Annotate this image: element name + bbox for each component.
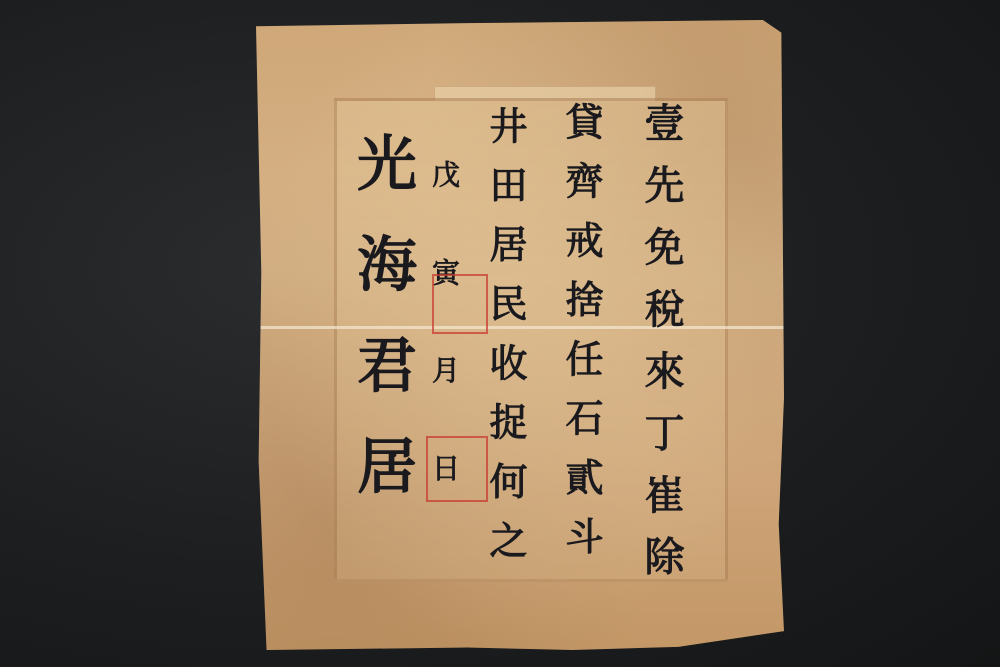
old-document-paper: 壹 先 免 稅 來 丁 崔 除 貸 齊 戒 捨 任 石 貳 斗 井 田 居 民 … <box>256 20 784 650</box>
calligraphy-column-1: 壹 先 免 稅 來 丁 崔 除 <box>641 102 681 579</box>
signature-column: 光 海 君 居 <box>352 132 412 505</box>
red-seal-lower <box>426 436 488 502</box>
red-seal-upper <box>432 274 488 334</box>
calligraphy-column-2: 貸 齊 戒 捨 任 石 貳 斗 <box>562 102 600 559</box>
calligraphy-column-3: 井 田 居 民 收 捉 何 之 <box>486 106 524 563</box>
